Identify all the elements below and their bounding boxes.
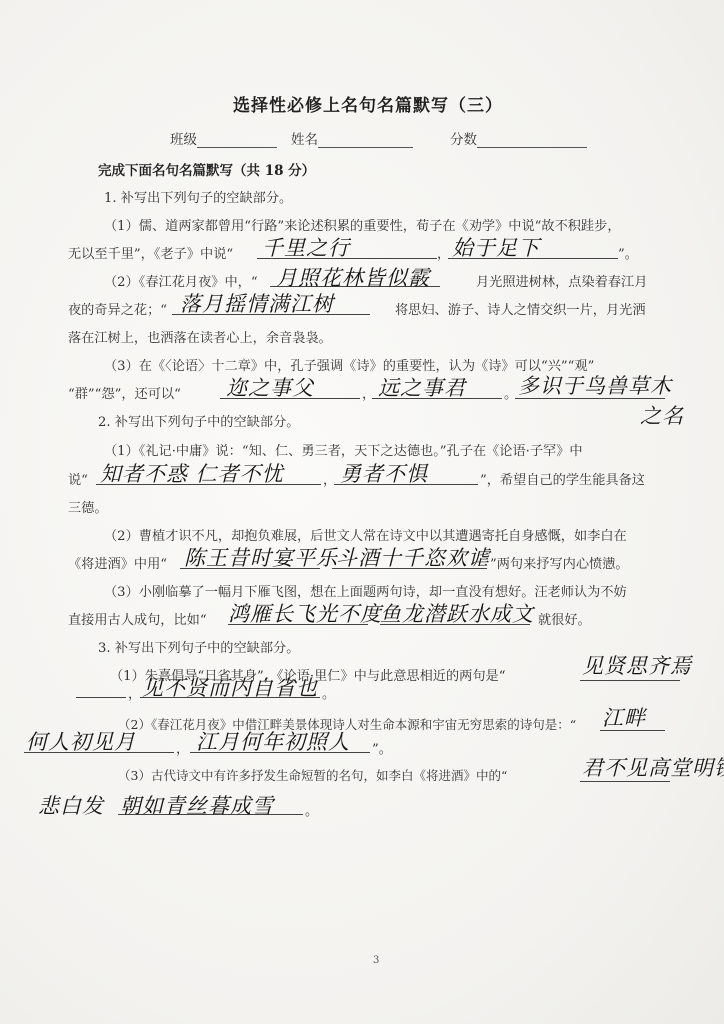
q2-1-answer-a: 知者不惑 仁者不忧: [100, 458, 284, 488]
period: 。: [504, 383, 517, 402]
score-field: 分数: [450, 128, 587, 148]
name-blank[interactable]: [318, 133, 413, 148]
comma: ，: [128, 683, 141, 702]
q2-1-answer-b: 勇者不惧: [340, 458, 428, 488]
worksheet-page: 选择性必修上名句名篇默写（三） 班级 姓名 分数 完成下面名句名篇默写（共 18…: [0, 0, 724, 1024]
q2-3-answer-a: 鸿雁长飞光不度: [228, 598, 382, 628]
q3-3-prefix: （3）古代诗文中有许多抒发生命短暂的名句，如李白《将进酒》中的“: [118, 766, 507, 784]
q3-3-answer-b: 朝如青丝暮成雪: [120, 790, 274, 820]
q3-2-answer-a1: 江畔: [602, 702, 646, 732]
class-field: 班级: [170, 128, 277, 148]
q1-3-answer-c: 多识于鸟兽草木: [518, 370, 672, 400]
class-blank[interactable]: [197, 133, 277, 148]
comma: ，: [437, 243, 450, 262]
comma: ，: [323, 469, 336, 488]
q3-1-answer-b: 见不贤而内自省也: [142, 672, 318, 702]
q1-3-answer-c2: 之名: [640, 400, 684, 430]
q2-1-suffix: ”，希望自己的学生能具备这: [480, 469, 645, 488]
close-quote: ”。: [372, 738, 392, 757]
q1-1-line1: （1）儒、道两家都曾用“行路”来论述积累的重要性，荀子在《劝学》中说“故不积跬步…: [104, 215, 621, 234]
class-label: 班级: [170, 132, 197, 148]
q2-1-line1: （1）《礼记·中庸》说：“知、仁、勇三者，天下之达德也。”孔子在《论语·子罕》中: [104, 440, 583, 459]
q1-heading: 1. 补写出下列句子的空缺部分。: [104, 187, 292, 206]
comma: ，: [362, 383, 375, 402]
name-field: 姓名: [291, 128, 413, 148]
q3-1-blank-a1[interactable]: [580, 680, 680, 681]
score-blank[interactable]: [477, 133, 587, 148]
q2-3-answer-b: 鱼龙潜跃水成文: [380, 598, 534, 628]
q1-1-prefix: 无以至千里”，《老子》中说“: [68, 243, 233, 262]
q2-1-line3: 三德。: [68, 497, 108, 516]
q1-2-line3: 落在江树上，也洒落在读者心上，余音袅袅。: [68, 327, 332, 346]
page-title: 选择性必修上名句名篇默写（三）: [233, 91, 503, 116]
q1-1-answer-b: 始于足下: [452, 232, 540, 262]
q1-3-answer-b: 远之事君: [378, 372, 466, 402]
period: 。: [322, 683, 335, 702]
q3-1-answer-a: 见贤思齐焉: [582, 650, 692, 680]
q2-1-prefix: 说“: [68, 469, 88, 488]
q1-2-suffix: 月光照进树林，点染着春江月: [476, 271, 647, 290]
q2-2-suffix: ”两句来抒写内心愤懑。: [490, 553, 629, 572]
q1-3-answer-a: 迩之事父: [226, 372, 314, 402]
period: 。: [305, 800, 318, 819]
q2-2-answer-a: 陈王昔时宴平乐: [184, 542, 338, 572]
instruction: 完成下面名句名篇默写（共 18 分）: [98, 159, 315, 179]
q2-heading: 2. 补写出下列句子中的空缺部分。: [98, 411, 299, 430]
q2-2-answer-b: 斗酒十千恣欢谑: [336, 542, 490, 572]
q3-1-blank-a2[interactable]: [76, 697, 126, 698]
q3-2-answer-b: 江月何年初照人: [196, 726, 350, 756]
comma: ，: [176, 738, 189, 757]
q1-3-prefix: “群”“怨”，还可以“: [68, 383, 181, 402]
q3-heading: 3. 补写出下列句子中的空缺部分。: [98, 637, 299, 656]
q2-3-suffix: 就很好。: [538, 609, 591, 628]
name-label: 姓名: [291, 132, 318, 148]
q3-3-answer-a1: 君不见高堂明镜: [582, 752, 724, 782]
q1-2-line2-prefix: 夜的奇异之花；“: [68, 299, 167, 318]
q1-2-line2-suffix: 将思妇、游子、诗人之情交织一片，月光洒: [395, 299, 646, 318]
score-label: 分数: [450, 132, 477, 148]
q2-3-prefix: 直接用古人成句，比如“: [68, 609, 207, 628]
close-quote: ”。: [618, 243, 638, 262]
q3-2-answer-a2: 何人初见月: [26, 726, 136, 756]
page-number: 3: [373, 955, 379, 966]
q3-3-answer-a2: 悲白发: [38, 790, 104, 820]
q1-1-answer-a: 千里之行: [262, 232, 350, 262]
q1-2-answer-b: 落月摇情满江树: [180, 288, 334, 318]
q2-2-prefix: 《将进酒》中用“: [68, 553, 167, 572]
